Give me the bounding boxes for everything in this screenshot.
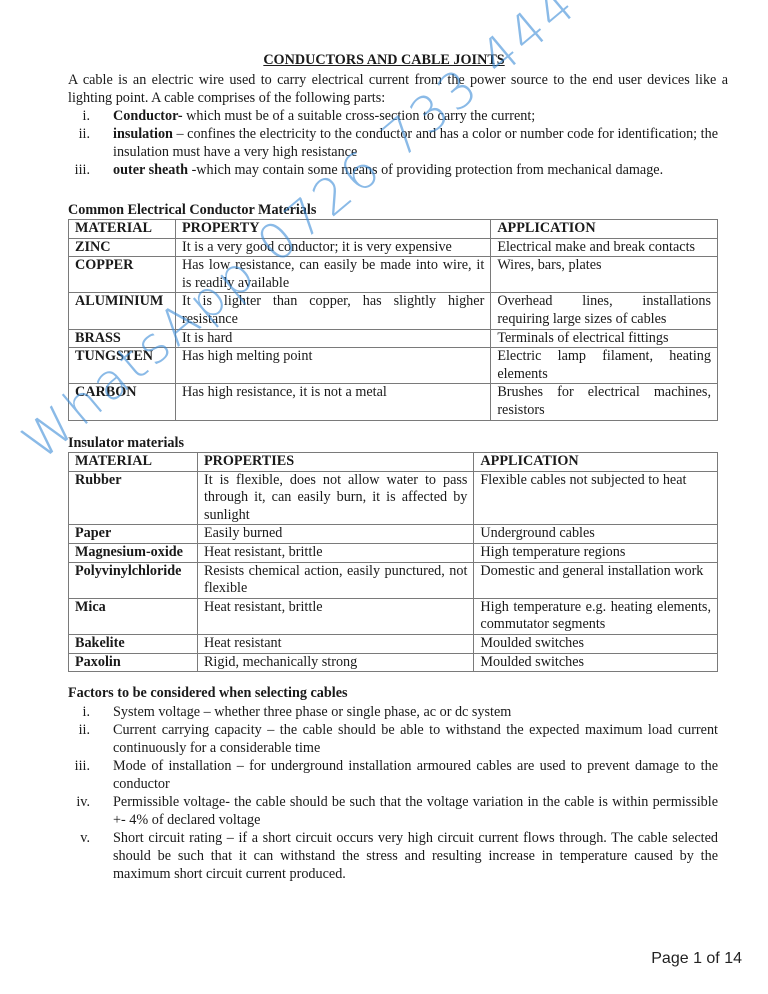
property-cell: Has high melting point [175, 348, 490, 384]
list-item: ii.Current carrying capacity – the cable… [68, 721, 718, 757]
list-number: iii. [68, 161, 90, 179]
table-row: COPPERHas low resistance, can easily be … [69, 257, 718, 293]
material-cell: Paper [69, 525, 198, 544]
property-cell: Heat resistant, brittle [197, 543, 473, 562]
list-text: -which may contain some means of providi… [188, 162, 663, 178]
list-term: Conductor- [113, 108, 183, 124]
list-number: ii. [68, 125, 90, 143]
table-row: Magnesium-oxideHeat resistant, brittleHi… [69, 543, 718, 562]
table-row: PaxolinRigid, mechanically strongMoulded… [69, 653, 718, 672]
list-text: – confines the electricity to the conduc… [113, 126, 718, 160]
list-text: which must be of a suitable cross-sectio… [183, 108, 536, 124]
material-cell: Polyvinylchloride [69, 562, 198, 598]
application-cell: Domestic and general installation work [474, 562, 718, 598]
intro-paragraph: A cable is an electric wire used to carr… [68, 71, 728, 107]
column-header: MATERIAL [69, 453, 198, 472]
property-cell: It is a very good conductor; it is very … [175, 238, 490, 257]
table-row: ZINCIt is a very good conductor; it is v… [69, 238, 718, 257]
table-row: ALUMINIUMIt is lighter than copper, has … [69, 293, 718, 329]
factors-heading: Factors to be considered when selecting … [68, 685, 348, 702]
material-cell: ZINC [69, 238, 176, 257]
list-term: insulation [113, 126, 173, 142]
table-row: MicaHeat resistant, brittleHigh temperat… [69, 598, 718, 634]
application-cell: Moulded switches [474, 653, 718, 672]
material-cell: ALUMINIUM [69, 293, 176, 329]
property-cell: It is hard [175, 329, 490, 348]
material-cell: BRASS [69, 329, 176, 348]
factors-list: i.System voltage – whether three phase o… [68, 703, 718, 883]
table-row: PaperEasily burnedUnderground cables [69, 525, 718, 544]
list-text: Short circuit rating – if a short circui… [113, 830, 718, 882]
list-text: Current carrying capacity – the cable sh… [113, 722, 718, 756]
list-item: ii.insulation – confines the electricity… [68, 125, 718, 161]
application-cell: Electric lamp filament, heating elements [491, 348, 718, 384]
material-cell: Paxolin [69, 653, 198, 672]
list-number: i. [68, 703, 90, 721]
property-cell: Has low resistance, can easily be made i… [175, 257, 490, 293]
material-cell: COPPER [69, 257, 176, 293]
insulators-table: MATERIAL PROPERTIES APPLICATION RubberIt… [68, 452, 718, 672]
page-title: CONDUCTORS AND CABLE JOINTS [0, 52, 768, 69]
application-cell: Brushes for electrical machines, resisto… [491, 384, 718, 420]
column-header: PROPERTY [175, 220, 490, 239]
table-row: CARBONHas high resistance, it is not a m… [69, 384, 718, 420]
table-row: BRASSIt is hardTerminals of electrical f… [69, 329, 718, 348]
material-cell: Magnesium-oxide [69, 543, 198, 562]
list-text: Mode of installation – for underground i… [113, 758, 718, 792]
application-cell: Wires, bars, plates [491, 257, 718, 293]
property-cell: Rigid, mechanically strong [197, 653, 473, 672]
application-cell: High temperature e.g. heating elements, … [474, 598, 718, 634]
insulators-heading: Insulator materials [68, 435, 184, 452]
property-cell: Resists chemical action, easily puncture… [197, 562, 473, 598]
list-text: Permissible voltage- the cable should be… [113, 794, 718, 828]
application-cell: Moulded switches [474, 634, 718, 653]
conductors-heading: Common Electrical Conductor Materials [68, 202, 316, 219]
list-number: iv. [68, 793, 90, 811]
property-cell: Has high resistance, it is not a metal [175, 384, 490, 420]
column-header: APPLICATION [474, 453, 718, 472]
list-number: i. [68, 107, 90, 125]
material-cell: TUNGSTEN [69, 348, 176, 384]
property-cell: Easily burned [197, 525, 473, 544]
list-item: i.System voltage – whether three phase o… [68, 703, 718, 721]
application-cell: High temperature regions [474, 543, 718, 562]
column-header: MATERIAL [69, 220, 176, 239]
table-header-row: MATERIAL PROPERTIES APPLICATION [69, 453, 718, 472]
list-number: iii. [68, 757, 90, 775]
column-header: PROPERTIES [197, 453, 473, 472]
page-number: Page 1 of 14 [651, 950, 742, 968]
material-cell: Mica [69, 598, 198, 634]
material-cell: CARBON [69, 384, 176, 420]
list-term: outer sheath [113, 162, 188, 178]
table-row: PolyvinylchlorideResists chemical action… [69, 562, 718, 598]
table-header-row: MATERIAL PROPERTY APPLICATION [69, 220, 718, 239]
conductors-table: MATERIAL PROPERTY APPLICATION ZINCIt is … [68, 219, 718, 421]
list-item: iii.outer sheath -which may contain some… [68, 161, 718, 179]
table-row: RubberIt is flexible, does not allow wat… [69, 471, 718, 525]
material-cell: Rubber [69, 471, 198, 525]
list-number: v. [68, 829, 90, 847]
cable-parts-list: i.Conductor- which must be of a suitable… [68, 107, 718, 179]
application-cell: Flexible cables not subjected to heat [474, 471, 718, 525]
list-item: v.Short circuit rating – if a short circ… [68, 829, 718, 883]
list-item: iv.Permissible voltage- the cable should… [68, 793, 718, 829]
property-cell: It is flexible, does not allow water to … [197, 471, 473, 525]
column-header: APPLICATION [491, 220, 718, 239]
application-cell: Overhead lines, installations requiring … [491, 293, 718, 329]
property-cell: Heat resistant [197, 634, 473, 653]
list-item: i.Conductor- which must be of a suitable… [68, 107, 718, 125]
application-cell: Underground cables [474, 525, 718, 544]
document-page: CONDUCTORS AND CABLE JOINTS A cable is a… [0, 0, 768, 994]
property-cell: Heat resistant, brittle [197, 598, 473, 634]
application-cell: Terminals of electrical fittings [491, 329, 718, 348]
property-cell: It is lighter than copper, has slightly … [175, 293, 490, 329]
table-row: TUNGSTENHas high melting pointElectric l… [69, 348, 718, 384]
table-row: BakeliteHeat resistantMoulded switches [69, 634, 718, 653]
list-text: System voltage – whether three phase or … [113, 704, 511, 720]
material-cell: Bakelite [69, 634, 198, 653]
list-item: iii.Mode of installation – for undergrou… [68, 757, 718, 793]
list-number: ii. [68, 721, 90, 739]
application-cell: Electrical make and break contacts [491, 238, 718, 257]
